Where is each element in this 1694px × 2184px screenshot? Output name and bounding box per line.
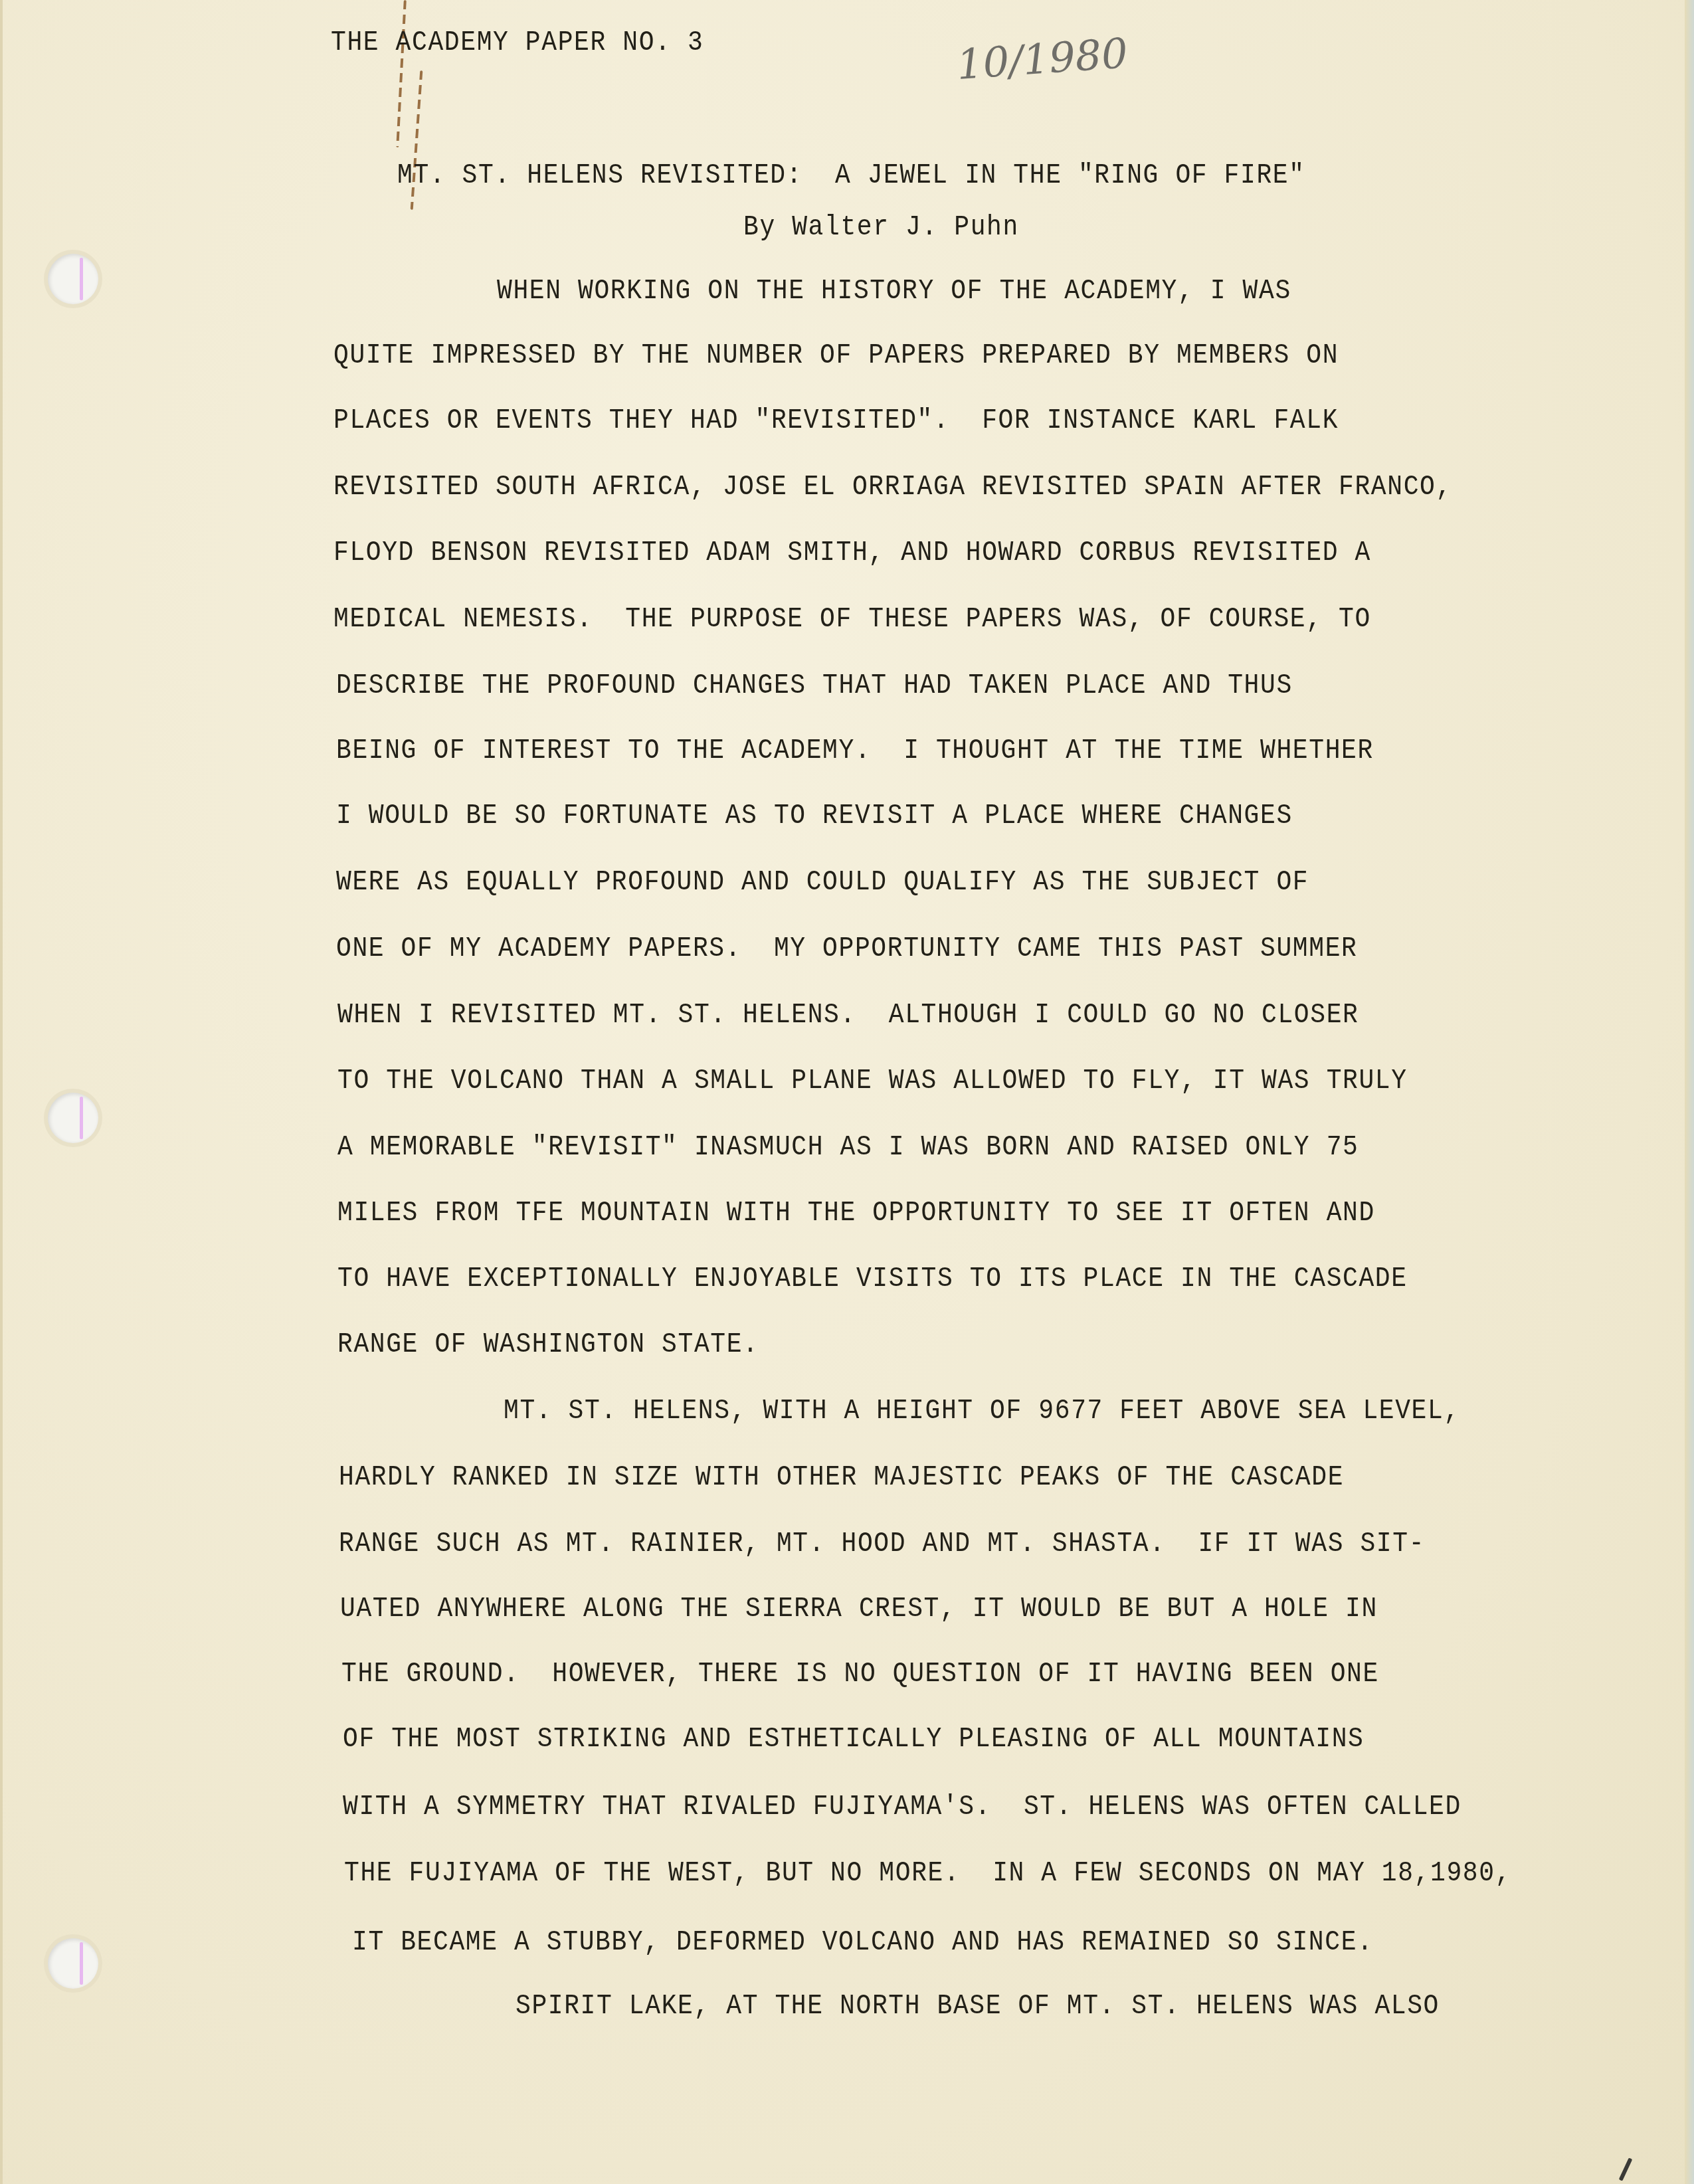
body-line: QUITE IMPRESSED BY THE NUMBER OF PAPERS …: [333, 342, 1339, 371]
body-line: WHEN WORKING ON THE HISTORY OF THE ACADE…: [497, 278, 1291, 306]
body-line: HARDLY RANKED IN SIZE WITH OTHER MAJESTI…: [339, 1464, 1344, 1493]
rust-stain-left: [396, 0, 407, 147]
body-line: BEING OF INTEREST TO THE ACADEMY. I THOU…: [336, 737, 1374, 766]
binder-hole-bottom: [48, 1938, 98, 1989]
body-line: WITH A SYMMETRY THAT RIVALED FUJIYAMA'S.…: [343, 1793, 1461, 1822]
binder-hole-top: [48, 254, 98, 304]
body-line: DESCRIBE THE PROFOUND CHANGES THAT HAD T…: [336, 672, 1293, 701]
body-line: RANGE OF WASHINGTON STATE.: [337, 1331, 759, 1360]
page-left-edge: [0, 0, 3, 2184]
body-line: MT. ST. HELENS, WITH A HEIGHT OF 9677 FE…: [504, 1398, 1460, 1426]
body-line: THE FUJIYAMA OF THE WEST, BUT NO MORE. I…: [344, 1860, 1511, 1888]
document-title: MT. ST. HELENS REVISITED: A JEWEL IN THE…: [397, 162, 1305, 191]
handwritten-date: 10/1980: [955, 29, 1129, 89]
byline: By Walter J. Puhn: [743, 214, 1019, 242]
body-line: PLACES OR EVENTS THEY HAD "REVISITED". F…: [333, 407, 1339, 436]
paper-header: THE ACADEMY PAPER NO. 3: [331, 29, 704, 58]
pencil-mark: [1619, 2157, 1633, 2181]
body-line: REVISITED SOUTH AFRICA, JOSE EL ORRIAGA …: [333, 474, 1452, 502]
body-line: A MEMORABLE "REVISIT" INASMUCH AS I WAS …: [337, 1134, 1359, 1162]
document-page: THE ACADEMY PAPER NO. 3 10/1980 MT. ST. …: [0, 0, 1694, 2184]
body-line: WERE AS EQUALLY PROFOUND AND COULD QUALI…: [336, 869, 1309, 897]
body-line: UATED ANYWHERE ALONG THE SIERRA CREST, I…: [340, 1595, 1378, 1624]
body-line: MEDICAL NEMESIS. THE PURPOSE OF THESE PA…: [333, 606, 1371, 634]
body-line: ONE OF MY ACADEMY PAPERS. MY OPPORTUNITY…: [336, 935, 1357, 964]
binder-hole-middle: [48, 1093, 98, 1143]
body-line: THE GROUND. HOWEVER, THERE IS NO QUESTIO…: [341, 1661, 1379, 1689]
body-line: OF THE MOST STRIKING AND ESTHETICALLY PL…: [343, 1726, 1364, 1754]
body-line: TO THE VOLCANO THAN A SMALL PLANE WAS AL…: [337, 1067, 1408, 1096]
body-line: WHEN I REVISITED MT. ST. HELENS. ALTHOUG…: [337, 1002, 1359, 1030]
body-line: I WOULD BE SO FORTUNATE AS TO REVISIT A …: [336, 802, 1293, 831]
body-line: FLOYD BENSON REVISITED ADAM SMITH, AND H…: [333, 539, 1371, 568]
body-line: IT BECAME A STUBBY, DEFORMED VOLCANO AND…: [352, 1929, 1373, 1957]
body-line: SPIRIT LAKE, AT THE NORTH BASE OF MT. ST…: [516, 1993, 1440, 2021]
body-line: TO HAVE EXCEPTIONALLY ENJOYABLE VISITS T…: [337, 1265, 1408, 1294]
page-right-edge: [1685, 0, 1694, 2184]
body-line: MILES FROM TFE MOUNTAIN WITH THE OPPORTU…: [337, 1200, 1375, 1228]
body-line: RANGE SUCH AS MT. RAINIER, MT. HOOD AND …: [339, 1530, 1425, 1559]
